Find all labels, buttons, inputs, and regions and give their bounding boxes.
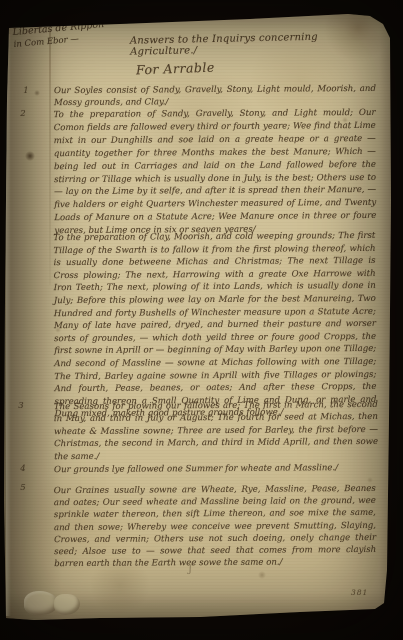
paragraph-number: 2 [15, 109, 31, 119]
bottom-left-fold [24, 591, 58, 615]
manuscript-photo: Libertas de Rippon in Com Ebor — Answers… [0, 0, 403, 640]
paragraph-text-plowing-seasons: The Seasons for plowing our fallowes are… [54, 399, 378, 463]
margin-crease [49, 30, 51, 285]
document-title: Answers to the Inquirys concerning Agric… [130, 30, 386, 57]
section-heading: For Arrable [136, 60, 215, 78]
ownership-marginalia: Libertas de Rippon in Com Ebor — [12, 17, 129, 51]
paragraph-number: 4 [15, 464, 31, 474]
paragraph-number: 5 [15, 483, 31, 493]
page-number: 381 [351, 588, 368, 597]
paragraph-text-soyles: Our Soyles consist of Sandy, Gravelly, S… [54, 84, 376, 109]
paragraph-text-fallow: Our grounds lye fallowed one Summer for … [54, 462, 376, 476]
right-edge-shadow [379, 0, 403, 640]
paragraph-text-graines: Our Graines usually sowne are Wheate, Ry… [54, 483, 377, 571]
manuscript-page: Libertas de Rippon in Com Ebor — Answers… [0, 0, 403, 640]
flourish-mark: ʃ [189, 564, 192, 575]
paragraph-number: 1 [18, 86, 34, 96]
paragraph-text-sandy-preparation: To the preparation of Sandy, Gravelly, S… [54, 107, 377, 238]
paragraph-number: 3 [13, 401, 29, 411]
paragraph-text-clay-preparation: To the preparation of Clay, Moorish, and… [53, 230, 376, 421]
left-page-edge [6, 34, 11, 616]
